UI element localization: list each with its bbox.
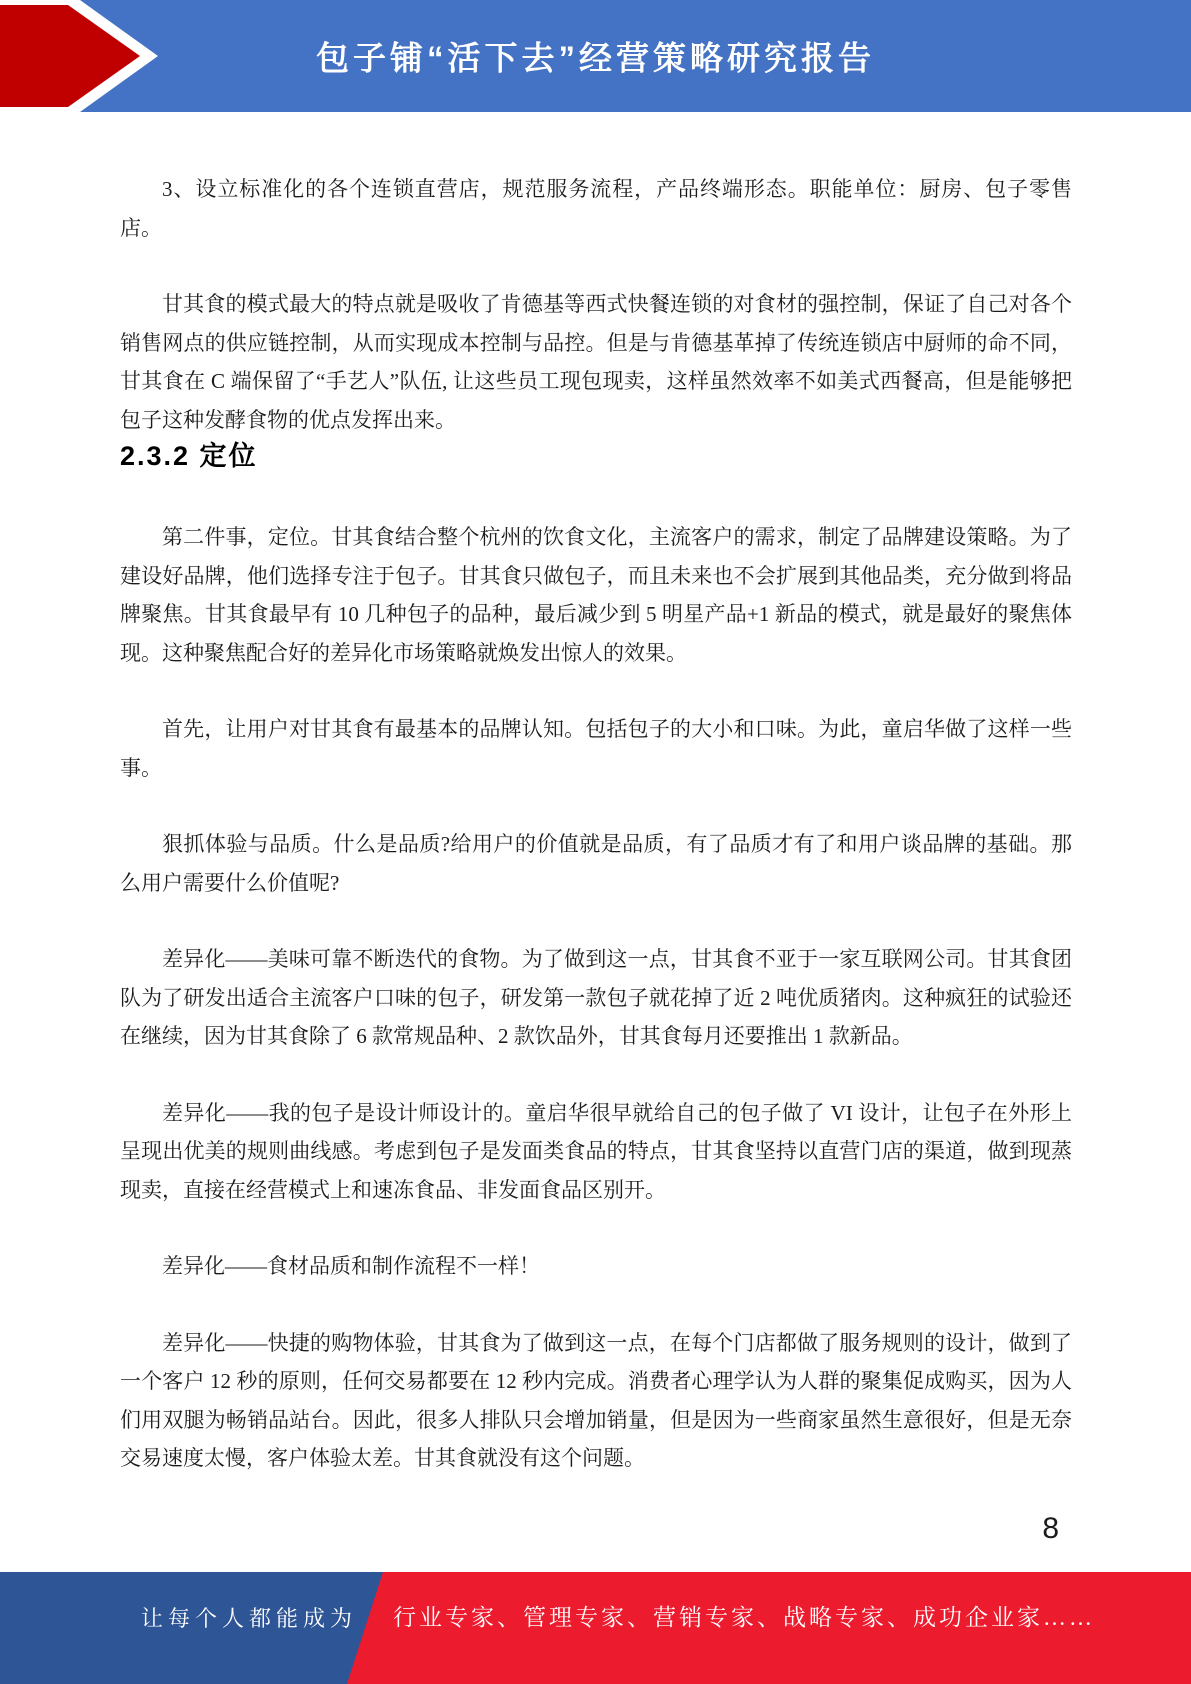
body-paragraph: 首先，让用户对甘其食有最基本的品牌认知。包括包子的大小和口味。为此，童启华做了这… [120, 710, 1072, 787]
body-paragraph: 差异化——我的包子是设计师设计的。童启华很早就给自己的包子做了 VI 设计，让包… [120, 1094, 1072, 1210]
paragraph-group-top: 3、设立标准化的各个连锁直营店，规范服务流程，产品终端形态。职能单位：厨房、包子… [120, 170, 1072, 439]
report-title: 包子铺“活下去”经营策略研究报告 [316, 33, 875, 80]
body-paragraph: 3、设立标准化的各个连锁直营店，规范服务流程，产品终端形态。职能单位：厨房、包子… [120, 170, 1072, 247]
page-number: 8 [1042, 1512, 1059, 1546]
chevron-arrow-icon [0, 0, 170, 112]
paragraph-group-bottom: 第二件事，定位。甘其食结合整个杭州的饮食文化，主流客户的需求，制定了品牌建设策略… [120, 518, 1072, 1478]
section-heading: 2.3.2 定位 [120, 439, 1072, 473]
body-paragraph: 差异化——快捷的购物体验，甘其食为了做到这一点，在每个门店都做了服务规则的设计，… [120, 1324, 1072, 1478]
body-paragraph: 狠抓体验与品质。什么是品质?给用户的价值就是品质，有了品质才有了和用户谈品牌的基… [120, 825, 1072, 902]
report-header-banner: 包子铺“活下去”经营策略研究报告 [0, 0, 1191, 112]
footer-band: 让每个人都能成为 行业专家、管理专家、营销专家、战略专家、成功企业家…… [0, 1572, 1191, 1684]
body-paragraph: 甘其食的模式最大的特点就是吸收了肯德基等西式快餐连锁的对食材的强控制，保证了自己… [120, 285, 1072, 439]
body-paragraph: 差异化——食材品质和制作流程不一样！ [120, 1247, 1072, 1286]
footer-slogan-right: 行业专家、管理专家、营销专家、战略专家、成功企业家…… [393, 1599, 1095, 1632]
body-paragraph: 第二件事，定位。甘其食结合整个杭州的饮食文化，主流客户的需求，制定了品牌建设策略… [120, 518, 1072, 672]
footer-slogan-left: 让每个人都能成为 [141, 1602, 357, 1633]
body-paragraph: 差异化——美味可靠不断迭代的食物。为了做到这一点，甘其食不亚于一家互联网公司。甘… [120, 940, 1072, 1056]
document-body: 3、设立标准化的各个连锁直营店，规范服务流程，产品终端形态。职能单位：厨房、包子… [120, 170, 1072, 1478]
